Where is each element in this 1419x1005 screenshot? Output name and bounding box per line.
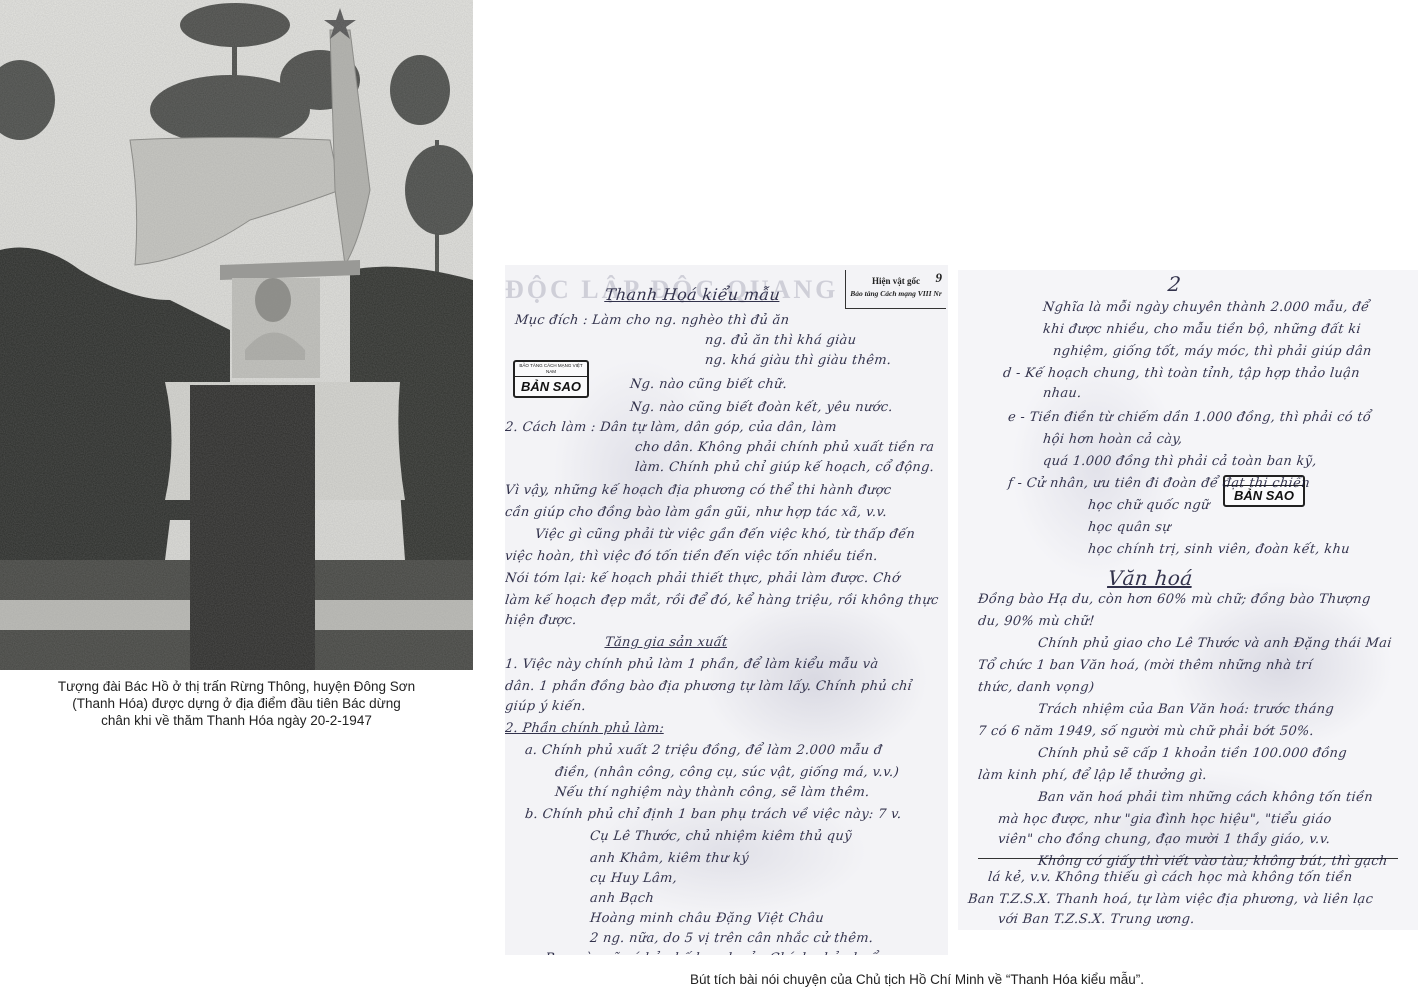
monument-illustration — [0, 0, 473, 670]
handwritten-line: Ban này sẽ có bản kế hoạch của Chính phủ… — [544, 951, 899, 955]
handwritten-line: làm. Chính phủ chỉ giúp kế hoạch, cổ độn… — [634, 460, 935, 475]
handwritten-line: điền, (nhân công, công cụ, súc vật, giốn… — [554, 765, 900, 780]
handwritten-line: việc hoàn, thì việc đó tốn tiền đến việc… — [505, 549, 879, 564]
handwritten-line: Chính phủ giao cho Lê Thước và anh Đặng … — [1037, 636, 1392, 651]
monument-caption: Tượng đài Bác Hồ ở thị trấn Rừng Thông, … — [0, 678, 473, 729]
handwritten-line: học chữ quốc ngữ — [1087, 498, 1210, 513]
handwritten-line: quá 1.000 đồng thì phải cả toàn ban kỹ, — [1042, 454, 1317, 469]
handwritten-line: Nghĩa là mỗi ngày chuyên thành 2.000 mẫu… — [1042, 300, 1370, 315]
handwritten-line: Ng. nào cũng biết chữ. — [629, 377, 788, 392]
handwritten-line: Tăng gia sản xuất — [604, 635, 728, 650]
handwritten-line: làm kinh phí, để lập lễ thưởng gì. — [977, 768, 1208, 783]
handwritten-line: 2. Phần chính phủ làm: — [505, 721, 665, 736]
handwritten-line: ng. khá giàu thì giàu thêm. — [704, 353, 892, 368]
handwritten-line: Vì vậy, những kế hoạch địa phương có thể… — [505, 483, 892, 498]
handwritten-line: hội hơn hoàn cả cày, — [1042, 432, 1183, 447]
handwritten-line: Hoàng minh châu Đặng Việt Châu — [589, 911, 824, 926]
origin-label: Hiện vật gốc Bảo tàng Cách mạng VIII Nr … — [845, 270, 946, 309]
manuscript-page-1: ĐỘC LẬP ĐỘC QUANG Hiện vật gốc Bảo tàng … — [505, 265, 948, 955]
handwritten-line: Mục đích : Làm cho ng. nghèo thì đủ ăn — [514, 313, 790, 328]
manuscript-caption: Bút tích bài nói chuyện của Chủ tịch Hồ … — [690, 972, 1144, 987]
handwritten-line: mà học được, như "gia đình học hiệu", "t… — [997, 812, 1332, 827]
handwritten-line: e - Tiền điền từ chiếm dần 1.000 đồng, t… — [1007, 410, 1372, 425]
caption-line: (Thanh Hóa) được dựng ở địa điểm đầu tiê… — [0, 695, 473, 712]
handwritten-line: d - Kế hoạch chung, thì toàn tỉnh, tập h… — [1002, 366, 1360, 381]
handwritten-line: 2. Cách làm : Dân tự làm, dân góp, của d… — [505, 420, 837, 435]
page-number: 9 — [936, 270, 943, 286]
handwritten-line: với Ban T.Z.S.X. Trung ương. — [997, 912, 1195, 927]
handwritten-line: học chính trị, sinh viên, đoàn kết, khu — [1087, 542, 1350, 557]
handwritten-line: ng. đủ ăn thì khá giàu — [704, 333, 857, 348]
stamp-text: BẢN SAO — [515, 377, 587, 396]
origin-line-2: Bảo tàng Cách mạng VIII Nr — [846, 289, 946, 298]
handwritten-line: cụ Huy Lâm, — [589, 871, 678, 886]
handwritten-line: dân. 1 phần đồng bào địa phương tự làm l… — [505, 679, 913, 694]
handwritten-line: Đồng bào Hạ du, còn hơn 60% mù chữ; đồng… — [977, 592, 1371, 607]
handwritten-line: Ban văn hoá phải tìm những cách không tố… — [1037, 790, 1374, 805]
caption-line: chân khi về thăm Thanh Hóa ngày 20-2-194… — [0, 712, 473, 729]
handwritten-line: a. Chính phủ xuất 2 triệu đồng, để làm 2… — [524, 743, 883, 758]
copy-stamp: BẢO TÀNG CÁCH MẠNG VIỆT NAM BẢN SAO — [513, 360, 589, 398]
handwritten-line: Trách nhiệm của Ban Văn hoá: trước tháng — [1037, 702, 1335, 717]
handwritten-line: anh Bạch — [589, 891, 655, 906]
monument-photo — [0, 0, 473, 670]
stamp-header: BẢO TÀNG CÁCH MẠNG VIỆT NAM — [515, 362, 587, 377]
handwritten-line: Ng. nào cũng biết đoàn kết, yêu nước. — [629, 400, 893, 415]
handwritten-line: 2 ng. nữa, do 5 vị trên cân nhắc cử thêm… — [589, 931, 874, 946]
handwritten-line: b. Chính phủ chỉ định 1 ban phụ trách về… — [524, 807, 902, 822]
handwritten-line: nhau. — [1042, 386, 1082, 401]
handwritten-line: 1. Việc này chính phủ làm 1 phần, để làm… — [505, 657, 879, 672]
manuscript-title: Thanh Hoá kiểu mẫu — [604, 285, 781, 304]
page-number: 2 — [1167, 272, 1183, 296]
handwritten-line: thức, danh vọng) — [977, 680, 1095, 695]
handwritten-line: Cụ Lê Thước, chủ nhiệm kiêm thủ quỹ — [589, 829, 852, 844]
handwritten-line: làm kế hoạch đẹp mắt, rồi để đó, kể hàng… — [505, 593, 939, 608]
handwritten-line: f - Cử nhân, ưu tiên đi đoàn để đạt thi … — [1007, 476, 1311, 491]
handwritten-line: Văn hoá — [1107, 566, 1194, 590]
handwritten-line: Nói tóm lại: kế hoạch phải thiết thực, p… — [505, 571, 901, 586]
handwritten-line: anh Khâm, kiêm thư ký — [589, 851, 749, 866]
handwritten-line: Tổ chức 1 ban Văn hoá, (mời thêm những n… — [977, 658, 1313, 673]
handwritten-line: viên" cho đồng chung, đạo mười 1 thầy gi… — [997, 832, 1331, 847]
handwritten-line: khi được nhiều, cho mẫu tiền bộ, những đ… — [1042, 322, 1361, 337]
handwritten-line: Nếu thí nghiệm này thành công, sẽ làm th… — [554, 785, 870, 800]
handwritten-line: Chính phủ sẽ cấp 1 khoản tiền 100.000 đồ… — [1037, 746, 1347, 761]
handwritten-line: học quân sự — [1087, 520, 1171, 535]
manuscript-page-2: 2 BẢN SAO Nghĩa là mỗi ngày chuyên thành… — [958, 270, 1418, 930]
handwritten-line: cần giúp cho đồng bào làm gần gũi, như h… — [505, 505, 888, 520]
origin-line-1: Hiện vật gốc — [846, 276, 946, 286]
handwritten-line: nghiệm, giống tốt, máy móc, thì phải giú… — [1052, 344, 1372, 359]
handwritten-line: du, 90% mù chữ! — [977, 614, 1095, 629]
handwritten-line: 7 có 6 năm 1949, số người mù chữ phải bớ… — [977, 724, 1315, 739]
caption-line: Tượng đài Bác Hồ ở thị trấn Rừng Thông, … — [0, 678, 473, 695]
handwritten-line: hiện được. — [505, 613, 577, 628]
handwritten-line: cho dân. Không phải chính phủ xuất tiền … — [634, 440, 935, 455]
handwritten-line: giúp ý kiến. — [505, 699, 587, 714]
handwritten-line: lá kẻ, v.v. Không thiếu gì cách học mà k… — [987, 870, 1353, 885]
handwritten-line: Việc gì cũng phải từ việc gần đến việc k… — [534, 527, 916, 542]
handwritten-line: Ban T.Z.S.X. Thanh hoá, tự làm việc địa … — [967, 892, 1374, 907]
handwritten-line: Không có giấy thì viết vào tàu; không bú… — [1037, 854, 1388, 869]
